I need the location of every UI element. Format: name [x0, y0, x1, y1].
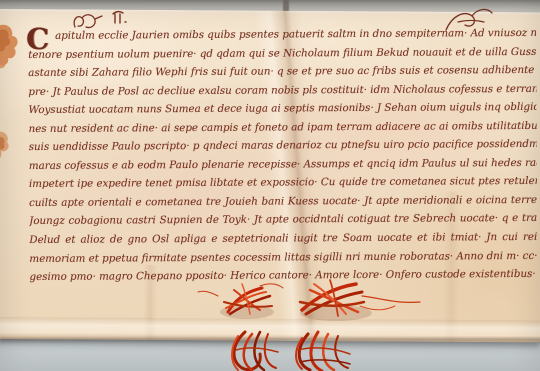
manuscript-photo: C apitulm ecclie Jaurien omibs quibs pse…: [0, 0, 540, 371]
charter-text: apitulm ecclie Jaurien omibs quibs psent…: [28, 24, 538, 287]
seal-threads: [190, 262, 435, 371]
numeral-mark-icon: [111, 10, 133, 26]
manuscript-line: Delud et alioz de gno Osl apliga e septe…: [29, 228, 537, 250]
manuscript-line: apitulm ecclie Jaurien omibs quibs psent…: [28, 24, 536, 46]
marginal-ornament: [0, 20, 26, 170]
